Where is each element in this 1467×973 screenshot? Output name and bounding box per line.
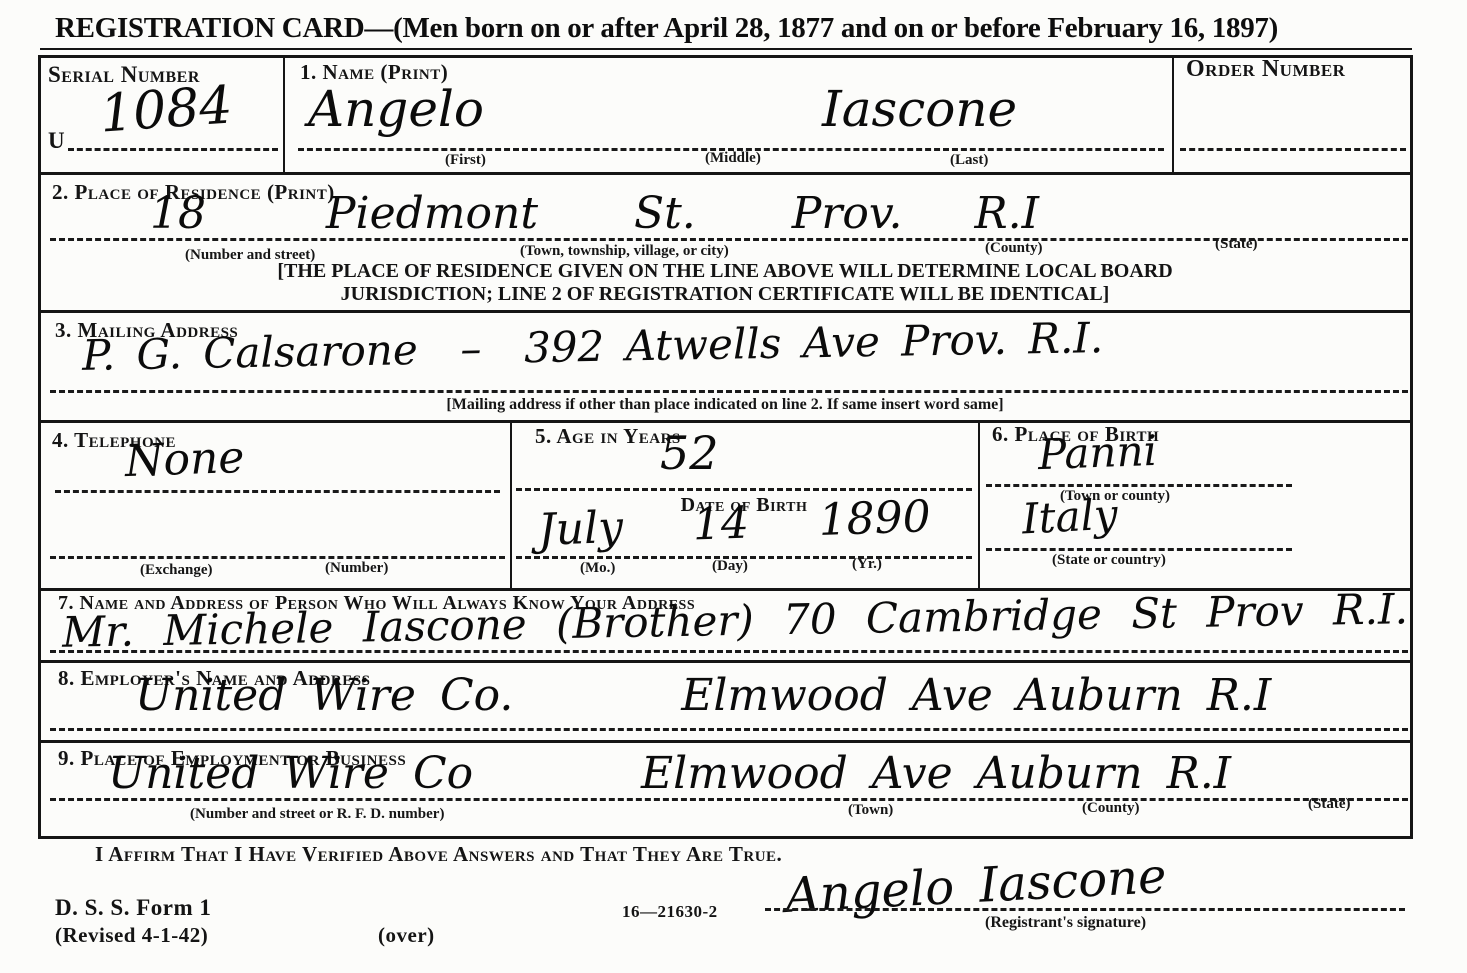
signature-writein-line bbox=[765, 908, 1405, 911]
name-last-handwritten-value: Iascone bbox=[822, 84, 1017, 134]
telephone-age-divider bbox=[510, 420, 512, 588]
telephone-handwritten-value: None bbox=[124, 436, 245, 484]
birth-sub-country: (State or country) bbox=[1052, 552, 1166, 569]
employment-handwritten-value: United Wire Co Elmwood Ave Auburn R.I bbox=[108, 752, 1231, 796]
employment-sub-county: (County) bbox=[1082, 800, 1140, 817]
dob-sub-mo: (Mo.) bbox=[580, 560, 615, 577]
birth-country-writein-line bbox=[986, 548, 1292, 551]
signature-label: (Registrant's signature) bbox=[985, 914, 1146, 932]
print-code: 16—21630-2 bbox=[622, 902, 718, 922]
dob-handwritten-value: July 14 1890 bbox=[537, 495, 931, 553]
row1-separator bbox=[38, 172, 1413, 175]
age-writein-line bbox=[516, 488, 972, 491]
serial-prefix: U bbox=[48, 128, 65, 154]
birth-town-writein-line bbox=[986, 484, 1292, 487]
dob-sub-day: (Day) bbox=[712, 558, 748, 575]
title-rule-top bbox=[40, 48, 1412, 50]
name-sub-last: (Last) bbox=[950, 152, 988, 169]
residence-sub-town: (Town, township, village, or city) bbox=[520, 243, 729, 260]
serial-writein-line bbox=[68, 148, 278, 151]
residence-writein-line bbox=[50, 238, 1408, 241]
dob-sub-yr: (Yr.) bbox=[852, 556, 882, 573]
name-order-divider bbox=[1172, 55, 1174, 172]
row9-separator bbox=[38, 836, 1413, 839]
mailing-writein-line bbox=[50, 390, 1408, 393]
registration-card-scan: REGISTRATION CARD—(Men born on or after … bbox=[0, 0, 1467, 973]
residence-handwritten-value: 18 Piedmont St. Prov. R.I bbox=[150, 192, 1039, 236]
row2-separator bbox=[38, 310, 1413, 313]
name-sub-middle: (Middle) bbox=[705, 150, 761, 167]
telephone-sub-exchange: (Exchange) bbox=[140, 562, 213, 579]
employment-writein-line bbox=[50, 798, 1408, 801]
employment-sub-town: (Town) bbox=[848, 802, 893, 819]
affirmation-text: I Affirm That I Have Verified Above Answ… bbox=[95, 842, 782, 867]
row8-separator bbox=[38, 740, 1413, 743]
telephone-writein-line bbox=[55, 490, 500, 493]
age-label: 5. Age in Years bbox=[535, 424, 681, 449]
telephone-sub-number: (Number) bbox=[325, 560, 388, 577]
residence-note-line1: [THE PLACE OF RESIDENCE GIVEN ON THE LIN… bbox=[40, 260, 1410, 283]
name-first-handwritten-value: Angelo bbox=[308, 84, 484, 134]
residence-sub-state: (State) bbox=[1215, 236, 1257, 253]
row3-separator bbox=[38, 420, 1413, 423]
telephone-bottom-writein-line bbox=[50, 556, 505, 559]
order-writein-line bbox=[1180, 148, 1406, 151]
age-handwritten-value: 52 bbox=[660, 430, 719, 476]
card-title: REGISTRATION CARD—(Men born on or after … bbox=[55, 12, 1278, 45]
residence-sub-county: (County) bbox=[985, 240, 1043, 257]
name-sub-first: (First) bbox=[445, 152, 486, 169]
employer-writein-line bbox=[50, 728, 1408, 731]
contact-writein-line bbox=[50, 650, 1408, 653]
order-number-label: Order Number bbox=[1186, 56, 1345, 83]
form-revised: (Revised 4-1-42) bbox=[55, 923, 208, 948]
residence-note-line2: JURISDICTION; LINE 2 OF REGISTRATION CER… bbox=[40, 283, 1410, 306]
employment-sub-number: (Number and street or R. F. D. number) bbox=[190, 806, 444, 823]
serial-name-divider bbox=[283, 55, 285, 172]
row7-separator bbox=[38, 660, 1413, 663]
birth-town-handwritten-value: Panni bbox=[1037, 430, 1157, 476]
age-birth-divider bbox=[978, 420, 980, 588]
serial-number-handwritten-value: 1084 bbox=[98, 79, 234, 140]
birth-country-handwritten-value: Italy bbox=[1021, 494, 1119, 541]
over-note: (over) bbox=[378, 923, 435, 948]
employment-sub-state: (State) bbox=[1308, 796, 1350, 813]
mailing-note: [Mailing address if other than place ind… bbox=[40, 396, 1410, 414]
employer-handwritten-value: United Wire Co. Elmwood Ave Auburn R.I bbox=[135, 674, 1271, 718]
form-name: D. S. S. Form 1 bbox=[55, 895, 211, 921]
